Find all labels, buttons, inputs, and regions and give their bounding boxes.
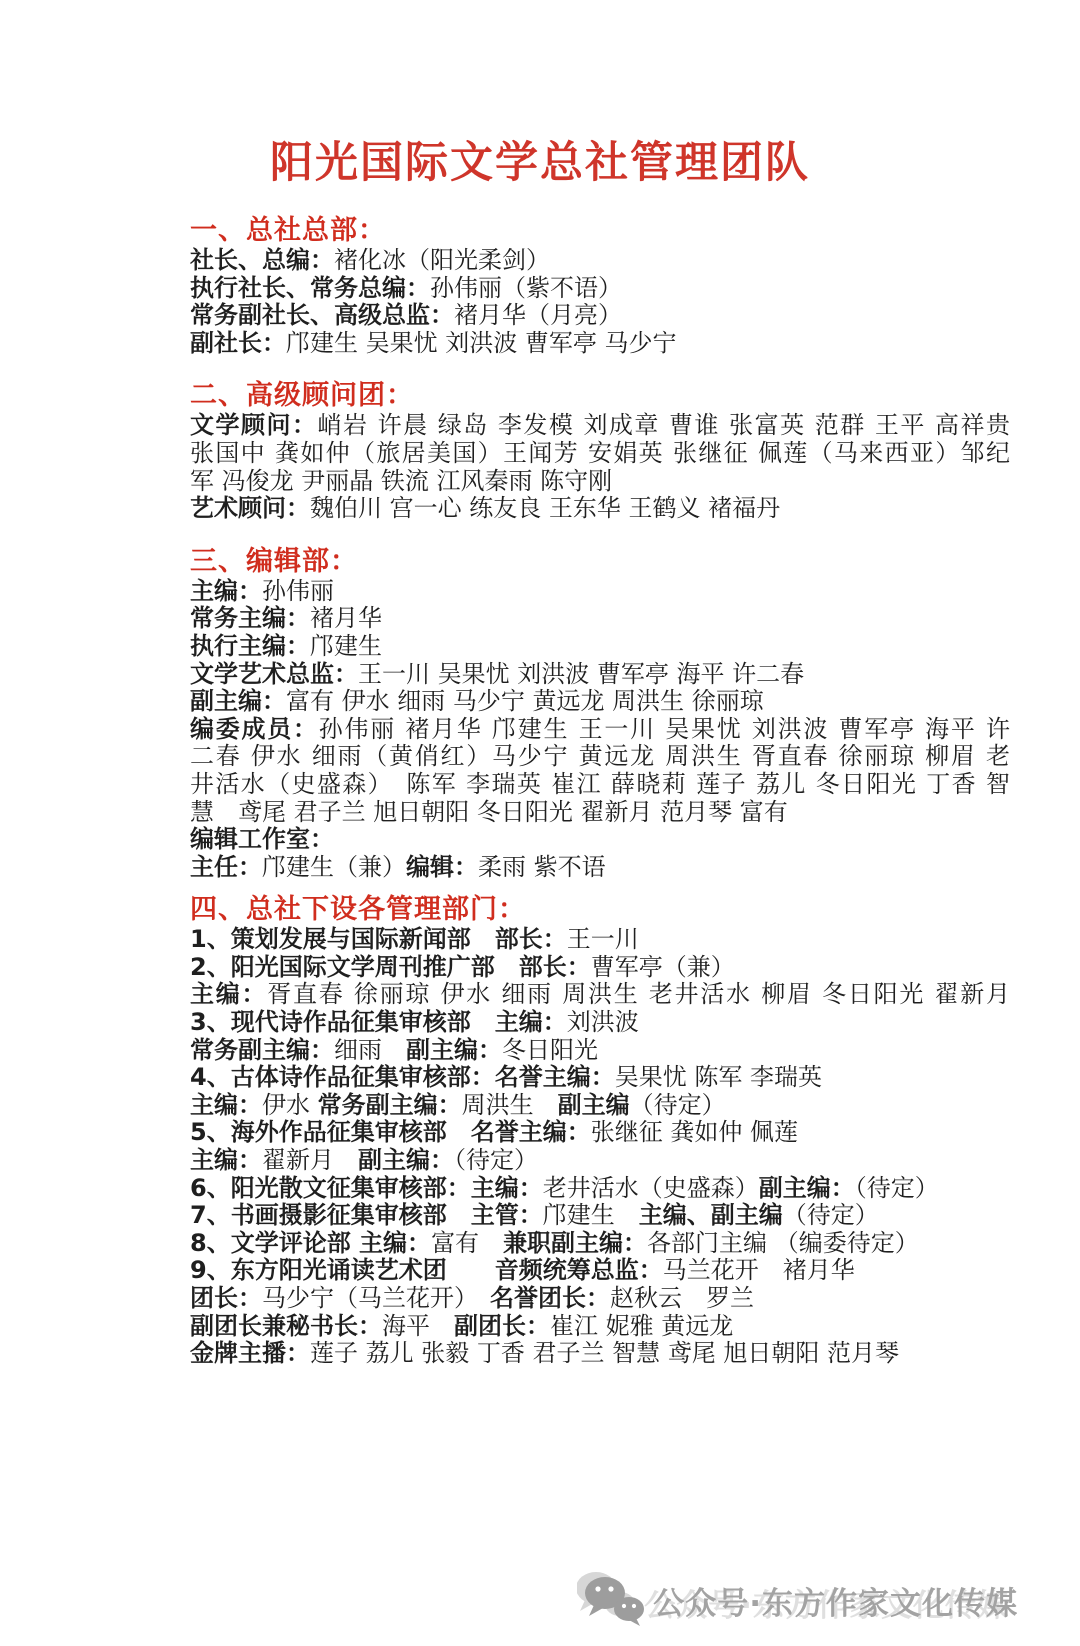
line-text: 张国中 龚如仲（旅居美国）王闻芳 安娟英 张继征 佩莲（马来西亚）邹纪 [190,439,1010,467]
text-line: 执行社长、常务总编：孙伟丽（紫不语） [190,275,1010,303]
text-line: 文学艺术总监：王一川 吴果忧 刘洪波 曹军亭 海平 许二春 [190,661,1010,689]
line-label: 主编： [190,980,267,1008]
line-label: 6、阳光散文征集审核部：主编： [190,1174,543,1202]
text-line: 主编：孙伟丽 [190,578,1010,606]
text-line: 副团长兼秘书长：海平 副团长：崔江 妮雅 黄远龙 [190,1313,1010,1341]
text-line: 主任：邝建生（兼）编辑：柔雨 紫不语 [190,854,1010,882]
line-text: 王一川 吴果忧 刘洪波 曹军亭 海平 许二春 [358,660,804,688]
line-text: 军 冯俊龙 尹丽晶 铁流 江风秦雨 陈守刚 [190,467,612,495]
text-line: 军 冯俊龙 尹丽晶 铁流 江风秦雨 陈守刚 [190,468,1010,496]
line-label: 社长、总编： [190,246,334,274]
line-text: 孙伟丽 褚月华 邝建生 王一川 吴果忧 刘洪波 曹军亭 海平 许 [319,715,1010,743]
document-body: 一、总社总部：社长、总编：褚化冰（阳光柔剑）执行社长、常务总编：孙伟丽（紫不语）… [190,214,1010,1368]
line-text: （待定） [783,1201,879,1229]
text-line: 慧 鸢尾 君子兰 旭日朝阳 冬日阳光 翟新月 范月琴 富有 [190,799,1010,827]
line-label: 编委成员： [190,715,319,743]
line-text: 伊水 [262,1091,318,1119]
text-line: 7、书画摄影征集审核部 主管：邝建生 主编、副主编（待定） [190,1202,1010,1230]
line-label: 1、策划发展与国际新闻部 部长： [190,925,567,953]
line-text: 冬日阳光 [502,1036,598,1064]
line-text: 孙伟丽（紫不语） [430,274,622,302]
line-text: 曹军亭（兼） [591,953,735,981]
text-line: 副主编：富有 伊水 细雨 马少宁 黄远龙 周洪生 徐丽琼 [190,688,1010,716]
wechat-icon [577,1569,649,1631]
line-text: （待定） [855,1174,939,1202]
text-line: 4、古体诗作品征集审核部：名誉主编：吴果忧 陈军 李瑞英 [190,1064,1010,1092]
text-line: 1、策划发展与国际新闻部 部长：王一川 [190,926,1010,954]
document-page: { "page": { "title": "阳光国际文学总社管理团队", "ti… [0,0,1080,1646]
section-heading: 二、高级顾问团： [190,379,1010,412]
line-label: 金牌主播： [190,1339,310,1367]
line-label: 兼职副主编： [503,1229,647,1257]
line-text: 马兰花开 褚月华 [663,1256,855,1284]
text-line: 常务主编：褚月华 [190,605,1010,633]
line-label: 主编： [190,577,262,605]
line-label: 执行社长、常务总编： [190,274,430,302]
line-text: 邝建生 吴果忧 刘洪波 曹军亭 马少宁 [286,329,677,357]
line-text: 张继征 龚如仲 佩莲 [591,1118,798,1146]
text-line: 编委成员：孙伟丽 褚月华 邝建生 王一川 吴果忧 刘洪波 曹军亭 海平 许 [190,716,1010,744]
line-label: 副主编： [406,1036,502,1064]
section-heading: 一、总社总部： [190,214,1010,247]
line-text: 二春 伊水 细雨（黄俏红）马少宁 黄远龙 周洪生 胥直春 徐丽琼 柳眉 老 [190,742,1010,770]
text-line: 主编：胥直春 徐丽琼 伊水 细雨 周洪生 老井活水 柳眉 冬日阳光 翟新月 [190,981,1010,1009]
line-label: 名誉团长： [490,1284,610,1312]
page-title: 阳光国际文学总社管理团队 [0,129,1080,190]
line-text: 赵秋云 罗兰 [610,1284,754,1312]
line-text: 王一川 [567,925,639,953]
text-line: 常务副主编：细雨 副主编：冬日阳光 [190,1037,1010,1065]
line-text: 魏伯川 宫一心 练友良 王东华 王鹤义 褚福丹 [310,494,780,522]
line-label: 团长： [190,1284,262,1312]
line-text: 莲子 荔儿 张毅 丁香 君子兰 智慧 鸢尾 旭日朝阳 范月琴 [310,1339,899,1367]
line-label: 2、阳光国际文学周刊推广部 部长： [190,953,591,981]
watermark: 公众号·东方作家文化传媒 [0,1570,1080,1630]
line-label: 常务副主编： [190,1036,334,1064]
line-text: 周洪生 [462,1091,558,1119]
line-label: 主编、副主编 [639,1201,783,1229]
line-label: 主编： [190,1091,262,1119]
line-text: 老井活水（史盛森） [543,1174,759,1202]
line-label: 4、古体诗作品征集审核部：名誉主编： [190,1063,615,1091]
line-label: 3、现代诗作品征集审核部 主编： [190,1008,567,1036]
line-label: 副社长： [190,329,286,357]
text-line: 常务副社长、高级总监：褚月华（月亮） [190,302,1010,330]
section-heading: 三、编辑部： [190,545,1010,578]
text-line: 文学顾问：峭岩 许晨 绿岛 李发模 刘成章 曹谁 张富英 范群 王平 高祥贵 [190,412,1010,440]
text-line: 9、东方阳光诵读艺术团 音频统筹总监：马兰花开 褚月华 [190,1257,1010,1285]
line-text: 孙伟丽 [262,577,334,605]
text-line: 2、阳光国际文学周刊推广部 部长：曹军亭（兼） [190,954,1010,982]
line-text: 褚月华 [310,604,382,632]
line-text: 马少宁（马兰花开） [262,1284,490,1312]
line-text: 邝建生 [310,632,382,660]
line-label: 9、东方阳光诵读艺术团 音频统筹总监： [190,1256,663,1284]
section-4: 四、总社下设各管理部门：1、策划发展与国际新闻部 部长：王一川2、阳光国际文学周… [190,893,1010,1368]
text-line: 8、文学评论部 主编：富有 兼职副主编：各部门主编 （编委待定） [190,1230,1010,1258]
watermark-text: 公众号·东方作家文化传媒 [653,1578,1018,1623]
line-text: 富有 [431,1229,503,1257]
line-label: 艺术顾问： [190,494,310,522]
line-text: 褚化冰（阳光柔剑） [334,246,550,274]
line-label: 主编： [190,1146,262,1174]
line-label: 常务副社长、高级总监： [190,301,454,329]
line-text: （待定） [454,1146,538,1174]
line-label: 副团长： [454,1312,550,1340]
section-1: 一、总社总部：社长、总编：褚化冰（阳光柔剑）执行社长、常务总编：孙伟丽（紫不语）… [190,214,1010,357]
section-2: 二、高级顾问团：文学顾问：峭岩 许晨 绿岛 李发模 刘成章 曹谁 张富英 范群 … [190,379,1010,522]
line-text: （待定） [630,1091,726,1119]
text-line: 艺术顾问：魏伯川 宫一心 练友良 王东华 王鹤义 褚福丹 [190,495,1010,523]
text-line: 6、阳光散文征集审核部：主编：老井活水（史盛森）副主编：（待定） [190,1175,1010,1203]
line-text: 峭岩 许晨 绿岛 李发模 刘成章 曹谁 张富英 范群 王平 高祥贵 [317,411,1010,439]
line-text: 胥直春 徐丽琼 伊水 细雨 周洪生 老井活水 柳眉 冬日阳光 翟新月 [267,980,1010,1008]
text-line: 5、海外作品征集审核部 名誉主编：张继征 龚如仲 佩莲 [190,1119,1010,1147]
line-label: 编辑： [406,853,478,881]
line-text: 富有 伊水 细雨 马少宁 黄远龙 周洪生 徐丽琼 [286,687,764,715]
line-label: 副主编 [558,1091,630,1119]
line-text: 褚月华（月亮） [454,301,622,329]
line-text: 井活水（史盛森） 陈军 李瑞英 崔江 薛晓莉 莲子 荔儿 冬日阳光 丁香 智 [190,770,1010,798]
line-label: 副主编： [759,1174,855,1202]
section-3: 三、编辑部：主编：孙伟丽常务主编：褚月华执行主编：邝建生文学艺术总监：王一川 吴… [190,545,1010,882]
line-text: 吴果忧 陈军 李瑞英 [615,1063,822,1091]
line-label: 副主编： [358,1146,454,1174]
section-heading: 四、总社下设各管理部门： [190,893,1010,926]
line-label: 文学艺术总监： [190,660,358,688]
line-text: 柔雨 紫不语 [478,853,606,881]
line-label: 5、海外作品征集审核部 名誉主编： [190,1118,591,1146]
line-text: 海平 [382,1312,454,1340]
text-line: 二春 伊水 细雨（黄俏红）马少宁 黄远龙 周洪生 胥直春 徐丽琼 柳眉 老 [190,743,1010,771]
line-text: 细雨 [334,1036,406,1064]
text-line: 编辑工作室： [190,826,1010,854]
line-text: 崔江 妮雅 黄远龙 [550,1312,733,1340]
line-text: 邝建生 [543,1201,639,1229]
text-line: 金牌主播：莲子 荔儿 张毅 丁香 君子兰 智慧 鸢尾 旭日朝阳 范月琴 [190,1340,1010,1368]
text-line: 团长：马少宁（马兰花开） 名誉团长：赵秋云 罗兰 [190,1285,1010,1313]
line-text: 刘洪波 [567,1008,639,1036]
line-label: 副团长兼秘书长： [190,1312,382,1340]
text-line: 3、现代诗作品征集审核部 主编：刘洪波 [190,1009,1010,1037]
line-label: 文学顾问： [190,411,317,439]
text-line: 副社长：邝建生 吴果忧 刘洪波 曹军亭 马少宁 [190,330,1010,358]
line-label: 执行主编： [190,632,310,660]
line-label: 7、书画摄影征集审核部 主管： [190,1201,543,1229]
line-text: 邝建生（兼） [262,853,406,881]
line-label: 主任： [190,853,262,881]
text-line: 社长、总编：褚化冰（阳光柔剑） [190,247,1010,275]
line-label: 8、文学评论部 主编： [190,1229,431,1257]
line-text: 慧 鸢尾 君子兰 旭日朝阳 冬日阳光 翟新月 范月琴 富有 [190,798,788,826]
text-line: 主编：伊水 常务副主编：周洪生 副主编（待定） [190,1092,1010,1120]
line-text: 翟新月 [262,1146,358,1174]
text-line: 主编：翟新月 副主编：（待定） [190,1147,1010,1175]
line-label: 副主编： [190,687,286,715]
text-line: 井活水（史盛森） 陈军 李瑞英 崔江 薛晓莉 莲子 荔儿 冬日阳光 丁香 智 [190,771,1010,799]
line-label: 编辑工作室： [190,825,334,853]
text-line: 执行主编：邝建生 [190,633,1010,661]
line-text: 各部门主编 （编委待定） [647,1229,919,1257]
line-label: 常务主编： [190,604,310,632]
line-label: 常务副主编： [318,1091,462,1119]
text-line: 张国中 龚如仲（旅居美国）王闻芳 安娟英 张继征 佩莲（马来西亚）邹纪 [190,440,1010,468]
